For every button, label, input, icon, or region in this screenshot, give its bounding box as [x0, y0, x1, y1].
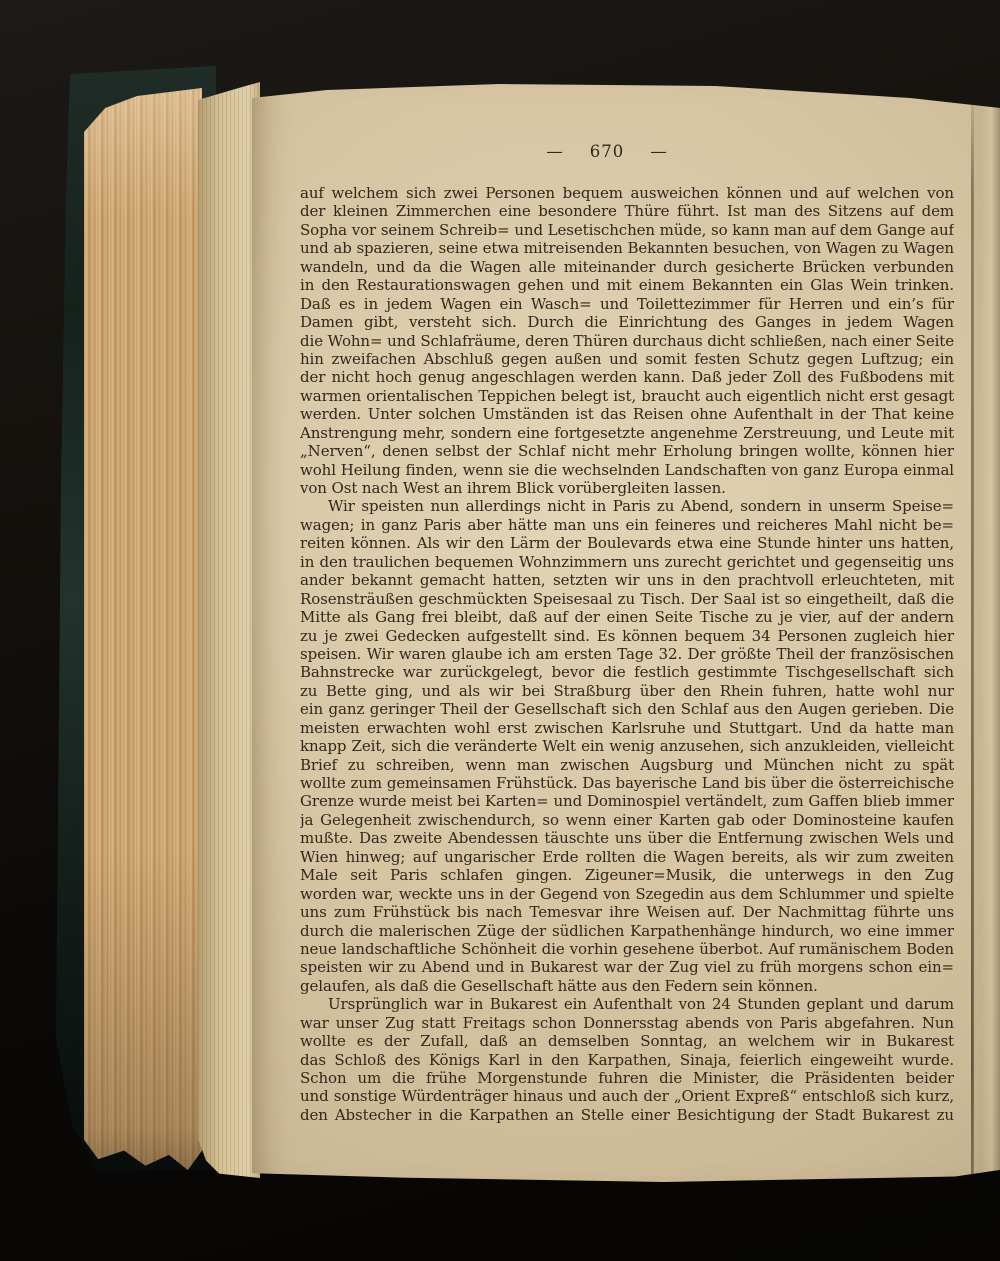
text-line: Brief zu schreiben, wenn man zwischen Au…	[300, 756, 954, 774]
text-line: zu je zwei Gedecken aufgestellt sind. Es…	[300, 627, 954, 645]
paragraph: Ursprünglich war in Bukarest ein Aufenth…	[300, 995, 954, 1124]
text-line: Wir speisten nun allerdings nicht in Par…	[300, 497, 954, 515]
text-line: den Abstecher in die Karpathen an Stelle…	[300, 1106, 954, 1124]
page-number-header: — 670 —	[296, 142, 952, 161]
book-photo: — 670 — auf welchem sich zwei Personen b…	[0, 0, 1000, 1261]
text-line: der kleinen Zimmerchen eine besondere Th…	[300, 202, 954, 220]
text-line: und ab spazieren, seine etwa mitreisende…	[300, 239, 954, 257]
text-line: werden. Unter solchen Umständen ist das …	[300, 405, 954, 423]
text-line: wollte zum gemeinsamen Frühstück. Das ba…	[300, 774, 954, 792]
text-line: wagen; in ganz Paris aber hätte man uns …	[300, 516, 954, 534]
text-line: zu Bette ging, und als wir bei Straßburg…	[300, 682, 954, 700]
text-line: Mitte als Gang frei bleibt, daß auf der …	[300, 608, 954, 626]
text-line: in den Restaurationswagen gehen und mit …	[300, 276, 954, 294]
page-gutter-crease	[971, 98, 974, 1176]
text-line: und sonstige Würdenträger hinaus und auc…	[300, 1087, 954, 1105]
text-line: meisten erwachten wohl erst zwischen Kar…	[300, 719, 954, 737]
text-line: Daß es in jedem Wagen ein Wasch= und Toi…	[300, 295, 954, 313]
text-line: gelaufen, als daß die Gesellschaft hätte…	[300, 977, 954, 995]
text-line: warmen orientalischen Teppichen belegt i…	[300, 387, 954, 405]
text-line: wohl Heilung finden, wenn sie die wechse…	[300, 461, 954, 479]
text-line: ander bekannt gemacht hatten, setzten wi…	[300, 571, 954, 589]
text-line: speisen. Wir waren glaube ich am ersten …	[300, 645, 954, 663]
text-line: knapp Zeit, sich die veränderte Welt ein…	[300, 737, 954, 755]
text-line: durch die malerischen Züge der südlichen…	[300, 922, 954, 940]
text-line: worden war, weckte uns in der Gegend von…	[300, 885, 954, 903]
header-dash-right: —	[650, 142, 668, 161]
text-line: ein ganz geringer Theil der Gesellschaft…	[300, 700, 954, 718]
text-line: reiten können. Als wir den Lärm der Boul…	[300, 534, 954, 552]
text-line: Male seit Paris schlafen gingen. Zigeune…	[300, 866, 954, 884]
text-line: wandeln, und da die Wagen alle miteinand…	[300, 258, 954, 276]
page-number: 670	[590, 142, 625, 161]
text-line: „Nerven“, denen selbst der Schlaf nicht …	[300, 442, 954, 460]
text-line: die Wohn= und Schlafräume, deren Thüren …	[300, 332, 954, 350]
text-line: das Schloß des Königs Karl in den Karpat…	[300, 1051, 954, 1069]
text-line: speisten wir zu Abend und in Bukarest wa…	[300, 958, 954, 976]
header-dash-left: —	[546, 142, 564, 161]
gutter-shadow	[973, 80, 1000, 1182]
text-line: auf welchem sich zwei Personen bequem au…	[300, 184, 954, 202]
text-line: Rosensträußen geschmückten Speisesaal zu…	[300, 590, 954, 608]
paragraph: auf welchem sich zwei Personen bequem au…	[300, 184, 954, 497]
text-line: Wien hinweg; auf ungarischer Erde rollte…	[300, 848, 954, 866]
page-text: auf welchem sich zwei Personen bequem au…	[300, 184, 954, 1124]
text-line: der nicht hoch genug angeschlagen werden…	[300, 368, 954, 386]
text-line: wollte es der Zufall, daß an demselben S…	[300, 1032, 954, 1050]
text-line: Bahnstrecke war zurückgelegt, bevor die …	[300, 663, 954, 681]
text-line: Damen gibt, versteht sich. Durch die Ein…	[300, 313, 954, 331]
text-line: in den traulichen bequemen Wohnzimmern u…	[300, 553, 954, 571]
text-line: Grenze wurde meist bei Karten= und Domin…	[300, 792, 954, 810]
text-line: von Ost nach West an ihrem Blick vorüber…	[300, 479, 954, 497]
text-line: mußte. Das zweite Abendessen täuschte un…	[300, 829, 954, 847]
text-line: Anstrengung mehr, sondern eine fortgeset…	[300, 424, 954, 442]
paragraph: Wir speisten nun allerdings nicht in Par…	[300, 497, 954, 995]
page-edges-inner	[198, 82, 260, 1178]
text-line: Ursprünglich war in Bukarest ein Aufenth…	[300, 995, 954, 1013]
text-line: Schon um die frühe Morgenstunde fuhren d…	[300, 1069, 954, 1087]
text-line: Sopha vor seinem Schreib= und Lesetischc…	[300, 221, 954, 239]
page-edges-stack	[84, 88, 202, 1170]
book-page: — 670 — auf welchem sich zwei Personen b…	[252, 80, 1000, 1182]
text-line: war unser Zug statt Freitags schon Donne…	[300, 1014, 954, 1032]
text-line: neue landschaftliche Schönheit die vorhi…	[300, 940, 954, 958]
text-line: uns zum Frühstück bis nach Temesvar ihre…	[300, 903, 954, 921]
text-line: ja Gelegenheit zwischendurch, so wenn ei…	[300, 811, 954, 829]
text-line: hin zweifachen Abschluß gegen außen und …	[300, 350, 954, 368]
